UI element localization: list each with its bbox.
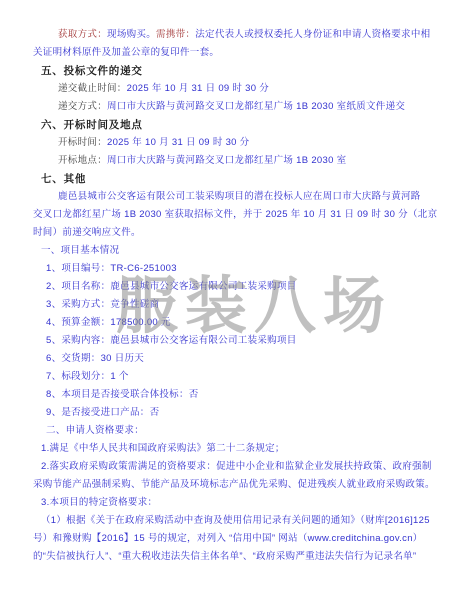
text-line: 二、申请人资格要求： <box>33 422 432 440</box>
text-segment: 交叉口龙都红星广场 1B 2030 室获取招标文件，并于 2025 年 10 月… <box>33 209 437 220</box>
text-line: 3、采购方式：竞争性磋商 <box>33 296 432 314</box>
text-segment: 六、开标时间及地点 <box>41 119 143 131</box>
text-segment: 2025 年 10 月 31 日 09 时 30 分 <box>127 83 269 94</box>
heading-line: 五、投标文件的递交 <box>33 62 432 80</box>
text-segment: 1、项目编号：TR-C6-251003 <box>46 263 177 274</box>
text-segment: 的“失信被执行人”、“重大税收违法失信主体名单”、“政府采购严重违法失信行为记录… <box>33 551 416 562</box>
text-segment: 鹿邑县城市公交客运有限公司工装采购项目的潜在投标人应在周口市大庆路与黄河路 <box>58 191 421 202</box>
text-segment: 法定代表人或授权委托人身份证和申请人资格要求中相 <box>195 29 430 40</box>
text-line: 开标时间：2025 年 10 月 31 日 09 时 30 分 <box>33 134 432 152</box>
text-line: 8、本项目是否接受联合体投标：否 <box>33 386 432 404</box>
text-line: 3.本项目的特定资格要求： <box>33 494 432 512</box>
text-line: 5、采购内容：鹿邑县城市公交客运有限公司工装采购项目 <box>33 332 432 350</box>
heading-line: 六、开标时间及地点 <box>33 116 432 134</box>
text-segment: 5、采购内容：鹿邑县城市公交客运有限公司工装采购项目 <box>46 335 297 346</box>
text-line: 2.落实政府采购政策需满足的资格要求：促进中小企业和监狱企业发展扶持政策、政府强… <box>33 458 432 476</box>
text-line: （1）根据《关于在政府采购活动中查询及使用信用记录有关问题的通知》（财库[201… <box>33 512 432 530</box>
text-segment: 号）和豫财购【2016】15 号的规定，对列入 “信用中国” 网站（www.cr… <box>33 533 423 544</box>
text-line: 获取方式：现场购买。需携带：法定代表人或授权委托人身份证和申请人资格要求中相 <box>33 26 432 44</box>
text-segment: 递交截止时间： <box>58 83 127 94</box>
text-line: 1、项目编号：TR-C6-251003 <box>33 260 432 278</box>
text-line: 鹿邑县城市公交客运有限公司工装采购项目的潜在投标人应在周口市大庆路与黄河路 <box>33 188 432 206</box>
text-segment: 2025 年 10 月 31 日 09 时 30 分 <box>107 137 249 148</box>
text-segment: 二、申请人资格要求： <box>46 425 144 436</box>
text-line: 采购节能产品强制采购、节能产品及环境标志产品优先采购、促进残疾人就业政府采购政策… <box>33 476 432 494</box>
text-segment: （1）根据《关于在政府采购活动中查询及使用信用记录有关问题的通知》（财库[201… <box>41 515 430 526</box>
text-line: 时间）前递交响应文件。 <box>33 224 432 242</box>
text-line: 号）和豫财购【2016】15 号的规定，对列入 “信用中国” 网站（www.cr… <box>33 530 432 548</box>
text-line: 递交截止时间：2025 年 10 月 31 日 09 时 30 分 <box>33 80 432 98</box>
text-segment: 需携带： <box>156 29 195 40</box>
text-line: 的“失信被执行人”、“重大税收违法失信主体名单”、“政府采购严重违法失信行为记录… <box>33 548 432 566</box>
text-segment: 获取方式： <box>58 29 107 40</box>
text-line: 开标地点：周口市大庆路与黄河路交叉口龙都红星广场 1B 2030 室 <box>33 152 432 170</box>
text-segment: 递交方式： <box>58 101 107 112</box>
text-line: 交叉口龙都红星广场 1B 2030 室获取招标文件，并于 2025 年 10 月… <box>33 206 432 224</box>
text-segment: 时间）前递交响应文件。 <box>33 227 141 238</box>
text-segment: 五、投标文件的递交 <box>41 65 143 77</box>
text-segment: 开标地点： <box>58 155 107 166</box>
text-segment: 七、其他 <box>41 173 86 185</box>
text-segment: 周口市大庆路与黄河路交叉口龙都红星广场 1B 2030 室 <box>107 155 346 166</box>
text-segment: 9、是否接受进口产品：否 <box>46 407 159 418</box>
text-segment: 关证明材料原件及加盖公章的复印件一套。 <box>33 47 219 58</box>
text-segment: 开标时间： <box>58 137 107 148</box>
text-line: 1.满足《中华人民共和国政府采购法》第二十二条规定； <box>33 440 432 458</box>
text-segment: 4、预算金额：178500.00 元 <box>46 317 171 328</box>
text-line: 9、是否接受进口产品：否 <box>33 404 432 422</box>
text-segment: 2、项目名称：鹿邑县城市公交客运有限公司工装采购项目 <box>46 281 297 292</box>
text-line: 一、项目基本情况 <box>33 242 432 260</box>
heading-line: 七、其他 <box>33 170 432 188</box>
document-body: 获取方式：现场购买。需携带：法定代表人或授权委托人身份证和申请人资格要求中相关证… <box>33 26 432 566</box>
text-segment: 采购节能产品强制采购、节能产品及环境标志产品优先采购、促进残疾人就业政府采购政策… <box>33 479 435 490</box>
text-line: 2、项目名称：鹿邑县城市公交客运有限公司工装采购项目 <box>33 278 432 296</box>
text-segment: 6、交货期：30 日历天 <box>46 353 144 364</box>
text-segment: 一、项目基本情况 <box>41 245 119 256</box>
document-page: 获取方式：现场购买。需携带：法定代表人或授权委托人身份证和申请人资格要求中相关证… <box>0 0 450 600</box>
text-line: 6、交货期：30 日历天 <box>33 350 432 368</box>
text-segment: 现场购买。 <box>107 29 156 40</box>
text-segment: 2.落实政府采购政策需满足的资格要求：促进中小企业和监狱企业发展扶持政策、政府强… <box>41 461 432 472</box>
text-line: 递交方式：周口市大庆路与黄河路交叉口龙都红星广场 1B 2030 室纸质文件递交 <box>33 98 432 116</box>
text-segment: 7、标段划分：1 个 <box>46 371 129 382</box>
text-segment: 3、采购方式：竞争性磋商 <box>46 299 159 310</box>
text-segment: 1.满足《中华人民共和国政府采购法》第二十二条规定； <box>41 443 285 454</box>
text-segment: 周口市大庆路与黄河路交叉口龙都红星广场 1B 2030 室纸质文件递交 <box>107 101 405 112</box>
text-line: 7、标段划分：1 个 <box>33 368 432 386</box>
text-segment: 8、本项目是否接受联合体投标：否 <box>46 389 199 400</box>
text-line: 4、预算金额：178500.00 元 <box>33 314 432 332</box>
text-segment: 3.本项目的特定资格要求： <box>41 497 157 508</box>
text-line: 关证明材料原件及加盖公章的复印件一套。 <box>33 44 432 62</box>
